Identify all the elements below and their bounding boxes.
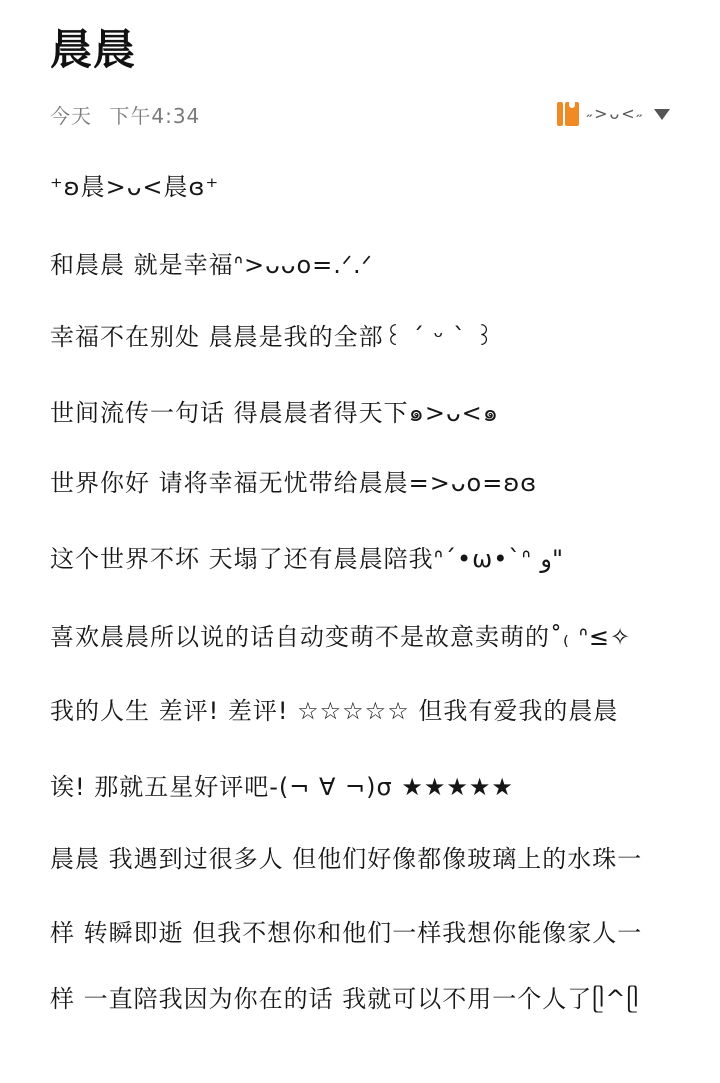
note-line: 诶! 那就五星好评吧-(¬ ∀ ¬)σ ★★★★★ [50, 770, 514, 804]
note-line: 样 一直陪我因为你在的话 我就可以不用一个人了ᥫ^ᥫ [50, 982, 640, 1016]
note-line: 晨晨 我遇到过很多人 但他们好像都像玻璃上的水珠一 [50, 842, 642, 876]
timestamp-time: 下午4:34 [109, 104, 200, 128]
note-timestamp: 今天 下午4:34 [50, 100, 200, 129]
note-title: 晨晨 [50, 22, 136, 78]
note-line: 这个世界不坏 天塌了还有晨晨陪我ᐢ´•ω•`ᐢ و" [50, 542, 563, 576]
note-line: 样 转瞬即逝 但我不想你和他们一样我想你能像家人一 [50, 916, 642, 950]
note-line: 我的人生 差评! 差评! ☆☆☆☆☆ 但我有爱我的晨晨 [50, 694, 618, 728]
timestamp-date: 今天 [50, 104, 92, 128]
note-line: 幸福不在别处 晨晨是我的全部꒰ ˊ ᵕ ˋ ꒱ [50, 320, 495, 354]
book-icon [557, 102, 579, 126]
note-line: 世间流传一句话 得晨晨者得天下๑>ᴗ<๑ [50, 396, 499, 430]
note-line: 和晨晨 就是幸福ᐢ>ᴗᴗo=.ᐟ.ᐟ [50, 248, 373, 282]
mood-selector[interactable]: ˶>ᴗ<˶ [557, 102, 670, 126]
chevron-down-icon[interactable] [654, 109, 670, 120]
mood-kaomoji: ˶>ᴗ<˶ [587, 104, 644, 124]
note-line: ⁺ʚ晨>ᴗ<晨ɞ⁺ [50, 170, 219, 204]
note-line: 喜欢晨晨所以说的话自动变萌不是故意卖萌的˚₍ ᐢ≤✧ [50, 620, 631, 654]
note-meta-row: 今天 下午4:34 ˶>ᴗ<˶ [50, 98, 670, 130]
note-line: 世界你好 请将幸福无忧带给晨晨=>ᴗo=ʚɞ [50, 466, 537, 500]
